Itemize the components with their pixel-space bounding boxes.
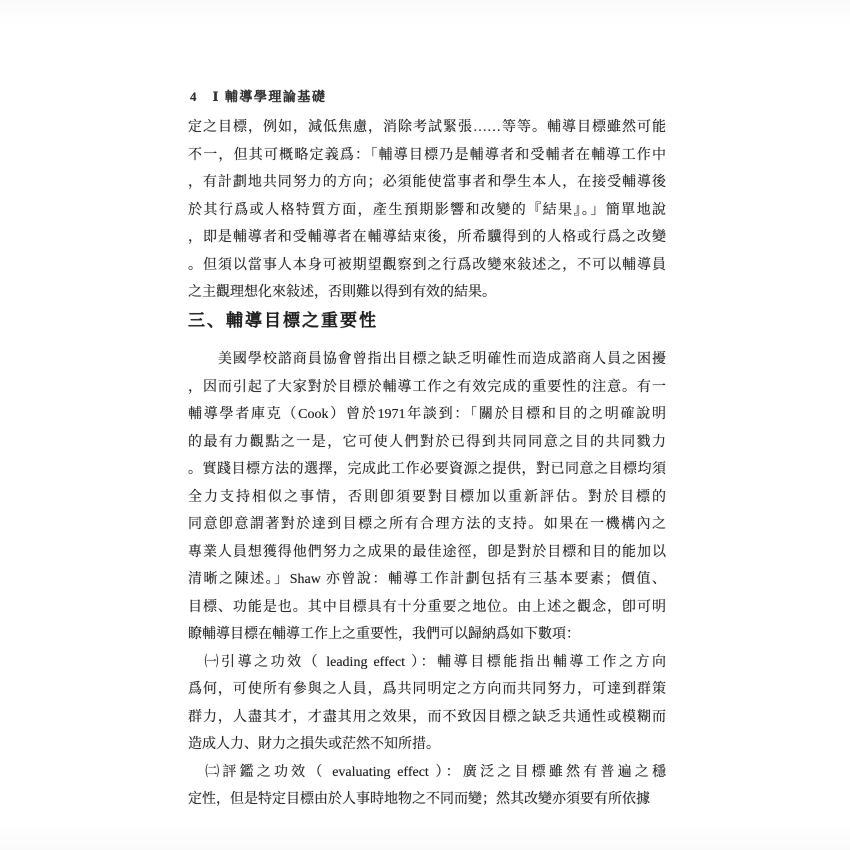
text-line: 的最有力觀點之一是，它可使人們對於已得到共同同意之目的共同戮力: [188, 429, 666, 457]
text-line: 全力支持相似之事情，否則卽須要對目標加以重新評估。對於目標的: [188, 484, 666, 512]
text-line: 瞭輔導目標在輔導工作上之重要性，我們可以歸納爲如下數項：: [188, 621, 666, 649]
book-page: 4Ⅰ 輔導學理論基礎 定之目標，例如，減低焦慮，消除考試緊張……等等。輔導目標雖…: [0, 0, 850, 850]
running-head: 4Ⅰ 輔導學理論基礎: [190, 86, 326, 105]
text-line: 造成人力、財力之損失或茫然不知所措。: [188, 731, 666, 759]
text-line: 定之目標，例如，減低焦慮，消除考試緊張……等等。輔導目標雖然可能: [188, 114, 666, 142]
text-line: ㈠引導之功效（ leading effect ）：輔導目標能指出輔導工作之方向: [188, 649, 666, 677]
text-line: 同意卽意謂著對於達到目標之所有合理方法的支持。如果在一機構內之: [188, 511, 666, 539]
paragraph-goal-definition: 定之目標，例如，減低焦慮，消除考試緊張……等等。輔導目標雖然可能不一，但其可概略…: [188, 114, 666, 307]
text-line: 專業人員想獲得他們努力之成果的最佳途徑，卽是對於目標和目的能加以: [188, 539, 666, 567]
text-line: ，即是輔導者和受輔導者在輔導結束後，所希驥得到的人格或行爲之改變: [188, 224, 666, 252]
text-block: 定之目標，例如，減低焦慮，消除考試緊張……等等。輔導目標雖然可能不一，但其可概略…: [188, 114, 666, 814]
text-line: 之主觀理想化來敍述，否則難以得到有效的結果。: [188, 279, 666, 307]
paragraph-leading-effect: ㈠引導之功效（ leading effect ）：輔導目標能指出輔導工作之方向爲…: [188, 649, 666, 759]
text-line: ，有計劃地共同努力的方向；必須能使當事者和學生本人，在接受輔導後: [188, 169, 666, 197]
text-line: 爲何，可使所有參與之人員，爲共同明定之方向而共同努力，可達到群策: [188, 676, 666, 704]
paragraph-evaluating-effect: ㈡評鑑之功效（ evaluating effect ）：廣泛之目標雖然有普遍之穩…: [188, 759, 666, 814]
text-line: ㈡評鑑之功效（ evaluating effect ）：廣泛之目標雖然有普遍之穩: [188, 759, 666, 787]
text-line: 群力，人盡其才，才盡其用之效果，而不致因目標之缺乏共通性或模糊而: [188, 704, 666, 732]
text-line: 不一，但其可概略定義爲：「輔導目標乃是輔導者和受輔者在輔導工作中: [188, 142, 666, 170]
text-line: 目標、功能是也。其中目標具有十分重要之地位。由上述之觀念，卽可明: [188, 594, 666, 622]
text-line: 輔導學者庫克（Cook）曾於1971年談到：「關於目標和目的之明確說明: [188, 401, 666, 429]
text-line: 美國學校諮商員協會曾指出目標之缺乏明確性而造成諮商人員之困擾: [188, 346, 666, 374]
text-line: 清晰之陳述。」Shaw 亦曾說：輔導工作計劃包括有三基本要素；價值、: [188, 566, 666, 594]
text-line: 定性，但是特定目標由於人事時地物之不同而變；然其改變亦須要有所依據: [188, 786, 666, 814]
text-line: 。但須以當事人本身可被期望觀察到之行爲改變來敍述之，不可以輔導員: [188, 252, 666, 280]
part-title: Ⅰ 輔導學理論基礎: [213, 89, 327, 104]
text-line: 於其行爲或人格特質方面，產生預期影響和改變的『結果』。」簡單地說: [188, 197, 666, 225]
page-number: 4: [190, 89, 197, 104]
section-heading: 三、輔導目標之重要性: [188, 307, 666, 335]
text-line: ，因而引起了大家對於目標於輔導工作之有效完成的重要性的注意。有一: [188, 374, 666, 402]
paragraph-goal-importance: 美國學校諮商員協會曾指出目標之缺乏明確性而造成諮商人員之困擾，因而引起了大家對於…: [188, 346, 666, 649]
text-line: 。實踐目標方法的選擇，完成此工作必要資源之提供，對已同意之目標均須: [188, 456, 666, 484]
